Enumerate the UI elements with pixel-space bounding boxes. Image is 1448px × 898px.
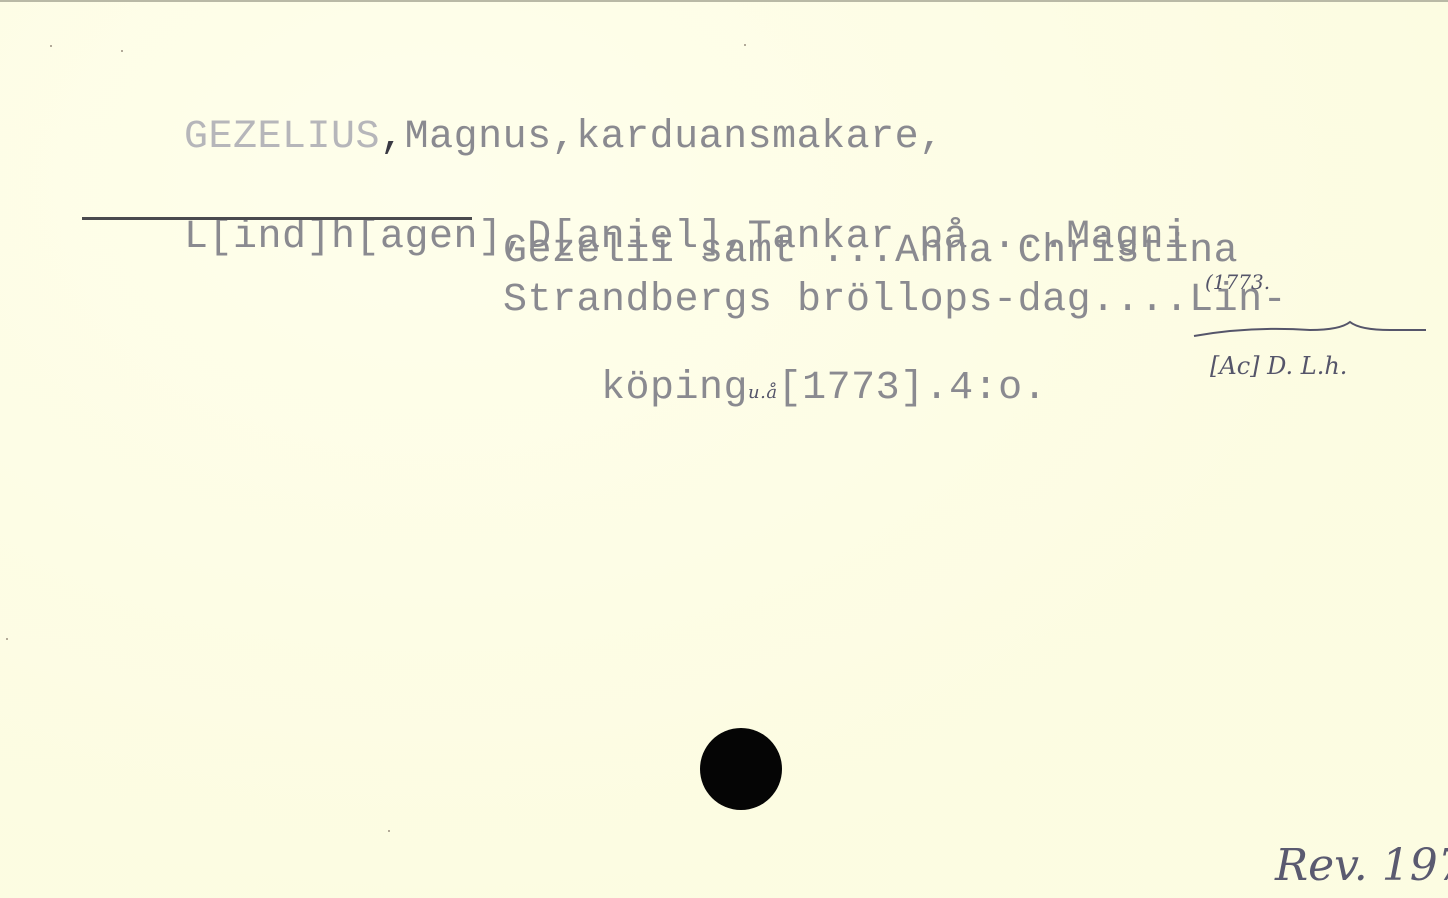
handwritten-attribution: [Ac] D. L.h. <box>1210 352 1347 380</box>
heading-surname: GEZELIUS <box>184 115 380 160</box>
place: köping <box>601 366 748 411</box>
punch-hole <box>700 728 782 810</box>
revision-note: Rev. 1970 <box>1275 840 1448 891</box>
heading-given-name: Magnus <box>405 115 552 160</box>
brace-mark <box>1190 320 1430 342</box>
catalog-card: GEZELIUS,Magnus,karduansmakare, L[ind]h[… <box>0 0 1448 898</box>
speck <box>6 638 8 640</box>
author-abbrev: L[ind]h[agen] <box>184 215 503 260</box>
entry-line-4: köpingu.å[1773].4:o. <box>503 329 1047 449</box>
speck <box>388 830 390 832</box>
entry-line-2: Gezelii samt ...Anna Christina <box>503 232 1238 272</box>
speck <box>50 45 52 47</box>
heading-separator: , <box>380 115 405 160</box>
speck <box>744 44 746 46</box>
entry-line-3: Strandbergs bröllops-dag....Lin- <box>503 281 1287 321</box>
author-underline <box>82 217 472 220</box>
heading-occupation: ,karduansmakare, <box>552 115 944 160</box>
place-note-handwritten: u.å <box>748 382 778 403</box>
speck <box>121 50 123 52</box>
handwritten-year: (1773. <box>1205 270 1270 294</box>
date-format: [1773].4:o. <box>778 366 1048 411</box>
